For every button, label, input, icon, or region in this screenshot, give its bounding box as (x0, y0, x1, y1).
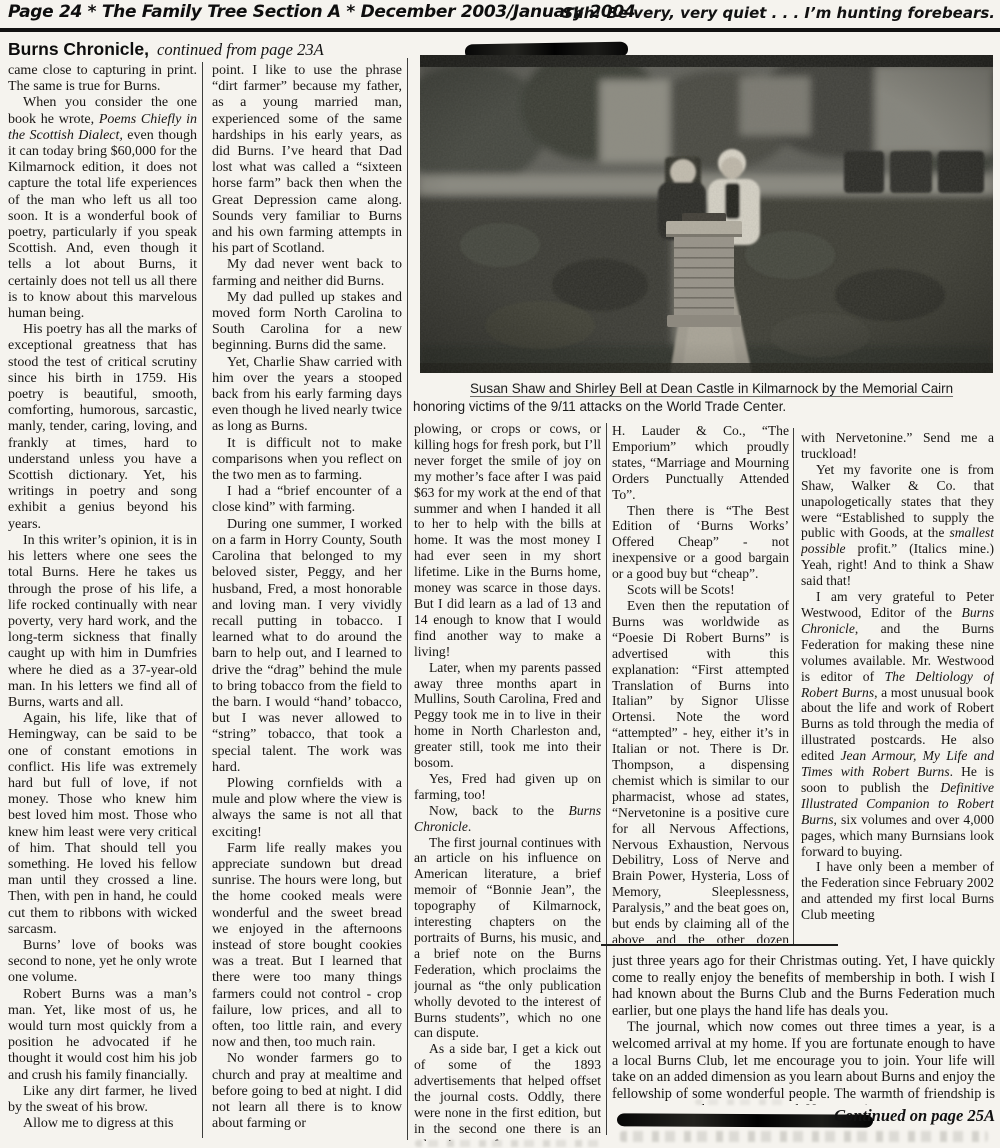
photo-image (420, 55, 993, 373)
section-divider (601, 944, 838, 946)
paragraph: I have only been a member of the Federat… (801, 859, 994, 923)
paragraph: plowing, or crops or cows, or killing ho… (414, 421, 601, 660)
column-divider (407, 58, 408, 1140)
paragraph: I had a “brief encounter of a close kind… (212, 484, 402, 516)
paragraph: During one summer, I worked on a farm in… (212, 517, 402, 776)
paragraph: Burns’ love of books was second to none,… (8, 938, 197, 987)
paragraph: Yet my favorite one is from Shaw, Walker… (801, 462, 994, 589)
photo-caption-line2: honoring victims of the 9/11 attacks on … (413, 398, 995, 416)
column-divider (606, 423, 607, 1135)
text-column-5: with Nervetonine.” Send me a truckload!Y… (801, 430, 994, 943)
text-column-1: came close to capturing in print. The sa… (8, 63, 197, 1138)
paragraph: Allow me to digress at this (8, 1116, 197, 1132)
text-column-2: point. I like to use the phrase “dirt fa… (212, 63, 402, 1138)
page-header-left: Page 24 * The Family Tree Section A * De… (8, 2, 635, 22)
bleed-through-smudge (695, 1099, 785, 1105)
photo (420, 55, 993, 373)
column-divider (202, 62, 203, 1138)
paragraph: Robert Burns was a man’s man. Yet, like … (8, 987, 197, 1084)
paragraph: When you consider the one book he wrote,… (8, 95, 197, 322)
article-heading: Burns Chronicle, continued from page 23A (8, 39, 324, 60)
text-column-3: plowing, or crops or cows, or killing ho… (414, 421, 601, 1141)
paragraph: No wonder farmers go to church and pray … (212, 1051, 402, 1132)
paragraph: H. Lauder & Co., “The Emporium” which pr… (612, 423, 789, 503)
page-header-right: Shh! Be very, very quiet . . . I’m hunti… (562, 4, 995, 22)
paragraph: Yes, Fred had given up on farming, too! (414, 771, 601, 803)
paragraph: Scots will be Scots! (612, 582, 789, 598)
bottom-text-section: just three years ago for their Christmas… (612, 953, 995, 1105)
paragraph: Plowing cornfields with a mule and plow … (212, 776, 402, 841)
paragraph: Again, his life, like that of Hemingway,… (8, 711, 197, 938)
paragraph: I am very grateful to Peter Westwood, Ed… (801, 589, 994, 859)
paragraph: His poetry has all the marks of exceptio… (8, 322, 197, 533)
paragraph: In this writer’s opinion, it is in his l… (8, 533, 197, 711)
paragraph: Like any dirt farmer, he lived by the sw… (8, 1084, 197, 1116)
bleed-through-smudge (620, 1131, 988, 1142)
paragraph: The journal, which now comes out three t… (612, 1019, 995, 1105)
paragraph: point. I like to use the phrase “dirt fa… (212, 63, 402, 257)
paragraph: Farm life really makes you appreciate su… (212, 841, 402, 1052)
paragraph: just three years ago for their Christmas… (612, 953, 995, 1019)
paragraph: with Nervetonine.” Send me a truckload! (801, 430, 994, 462)
paragraph: The first journal continues with an arti… (414, 835, 601, 1042)
header-rule (0, 28, 1000, 32)
paragraph: My dad never went back to farming and ne… (212, 257, 402, 289)
paragraph: Even then the reputation of Burns was wo… (612, 598, 789, 943)
continued-notice: Continued on page 25A (834, 1106, 995, 1126)
paragraph: As a side bar, I get a kick out of some … (414, 1041, 601, 1141)
paragraph: Then there is “The Best Edition of ‘Burn… (612, 503, 789, 583)
text-column-4: H. Lauder & Co., “The Emporium” which pr… (612, 423, 789, 943)
photo-caption: Susan Shaw and Shirley Bell at Dean Cast… (413, 380, 995, 415)
photo-caption-line1: Susan Shaw and Shirley Bell at Dean Cast… (413, 380, 995, 398)
article-title: Burns Chronicle, (8, 39, 149, 59)
paragraph: came close to capturing in print. The sa… (8, 63, 197, 95)
article-continuation-note: continued from page 23A (157, 40, 324, 59)
paragraph: Later, when my parents passed away three… (414, 660, 601, 771)
newspaper-page: Page 24 * The Family Tree Section A * De… (0, 0, 1000, 1148)
paragraph: Now, back to the Burns Chronicle. (414, 803, 601, 835)
bleed-through-smudge (415, 1140, 601, 1147)
paragraph: Yet, Charlie Shaw carried with him over … (212, 355, 402, 436)
paragraph: It is difficult not to make comparisons … (212, 436, 402, 485)
paragraph: My dad pulled up stakes and moved form N… (212, 290, 402, 355)
column-divider (793, 428, 794, 945)
